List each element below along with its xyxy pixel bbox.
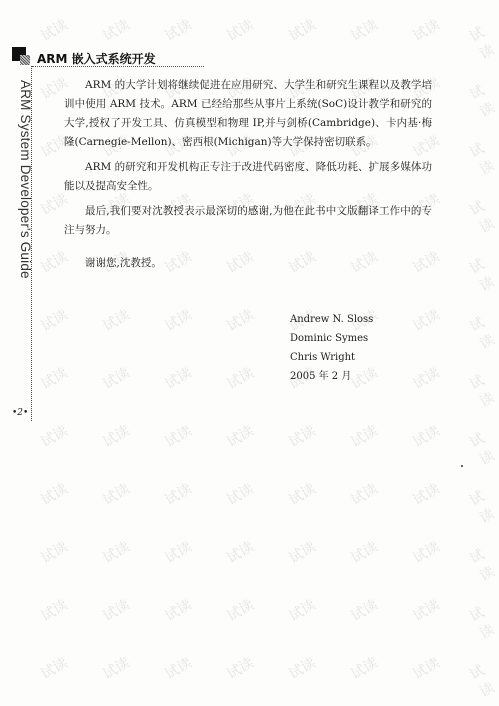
watermark-text: 试读 <box>466 190 499 237</box>
header-divider <box>32 66 204 67</box>
signature-block: Andrew N. Sloss Dominic Symes Chris Wrig… <box>290 310 373 386</box>
watermark-text: 试读 <box>409 652 443 683</box>
watermark-text: 试读 <box>466 596 499 643</box>
watermark-text: 试读 <box>99 14 133 45</box>
watermark-text: 试读 <box>466 422 499 469</box>
watermark-text: 试读 <box>223 420 257 451</box>
watermark-text: 试读 <box>161 420 195 451</box>
watermark-text: 试读 <box>466 132 499 179</box>
watermark-text: 试读 <box>409 14 443 45</box>
watermark-text: 试读 <box>409 304 443 335</box>
watermark-text: 试读 <box>99 420 133 451</box>
watermark-text: 试读 <box>223 536 257 567</box>
watermark-text: 试读 <box>37 478 71 509</box>
watermark-text: 试读 <box>466 74 499 121</box>
watermark-text: 试读 <box>223 362 257 393</box>
paragraph: 最后,我们要对沈教授表示最深切的感谢,为他在此书中文版翻译工作中的专注与努力。 <box>64 202 432 240</box>
watermark-text: 试读 <box>466 538 499 585</box>
watermark-text: 试读 <box>161 594 195 625</box>
watermark-text: 试读 <box>37 594 71 625</box>
watermark-text: 试读 <box>347 594 381 625</box>
watermark-text: 试读 <box>409 362 443 393</box>
watermark-text: 试读 <box>409 594 443 625</box>
watermark-text: 试读 <box>285 594 319 625</box>
watermark-text: 试读 <box>161 14 195 45</box>
watermark-text: 试读 <box>223 14 257 45</box>
watermark-text: 试读 <box>347 536 381 567</box>
preface-body: ARM 的大学计划将继续促进在应用研究、大学生和研究生课程以及教学培训中使用 A… <box>64 76 432 279</box>
watermark-text: 试读 <box>466 654 499 701</box>
spine-book-title: ARM System Developer's Guide <box>18 80 33 279</box>
watermark-text: 试读 <box>99 304 133 335</box>
watermark-text: 试读 <box>99 594 133 625</box>
watermark-text: 试读 <box>285 652 319 683</box>
watermark-text: 试读 <box>37 420 71 451</box>
watermark-text: 试读 <box>161 536 195 567</box>
author-name: Andrew N. Sloss <box>290 310 373 329</box>
watermark-text: 试读 <box>99 478 133 509</box>
watermark-text: 试读 <box>161 304 195 335</box>
watermark-text: 试读 <box>347 420 381 451</box>
watermark-text: 试读 <box>161 362 195 393</box>
watermark-text: 试读 <box>285 478 319 509</box>
watermark-text: 试读 <box>161 478 195 509</box>
watermark-text: 试读 <box>99 536 133 567</box>
watermark-text: 试读 <box>466 248 499 295</box>
header-corner-pattern <box>20 55 30 65</box>
running-header-title: ARM 嵌入式系统开发 <box>37 50 156 67</box>
watermark-text: 试读 <box>466 480 499 527</box>
author-name: Dominic Symes <box>290 329 373 348</box>
watermark-text: 试读 <box>37 14 71 45</box>
watermark-text: 试读 <box>37 652 71 683</box>
page-number: •2• <box>12 408 28 418</box>
watermark-text: 试读 <box>223 594 257 625</box>
watermark-text: 试读 <box>347 652 381 683</box>
watermark-text: 试读 <box>466 16 499 63</box>
watermark-text: 试读 <box>99 652 133 683</box>
watermark-text: 试读 <box>161 652 195 683</box>
watermark-text: 试读 <box>409 536 443 567</box>
paragraph: ARM 的研究和开发机构正专注于改进代码密度、降低功耗、扩展多媒体功能以及提高安… <box>64 158 432 196</box>
scan-speck <box>461 465 463 467</box>
watermark-text: 试读 <box>223 304 257 335</box>
watermark-text: 试读 <box>347 14 381 45</box>
watermark-text: 试读 <box>347 478 381 509</box>
watermark-text: 试读 <box>223 478 257 509</box>
watermark-text: 试读 <box>285 420 319 451</box>
paragraph: ARM 的大学计划将继续促进在应用研究、大学生和研究生课程以及教学培训中使用 A… <box>64 76 432 152</box>
watermark-text: 试读 <box>285 14 319 45</box>
signature-date: 2005 年 2 月 <box>290 367 373 386</box>
watermark-text: 试读 <box>37 304 71 335</box>
watermark-text: 试读 <box>37 536 71 567</box>
watermark-text: 试读 <box>285 536 319 567</box>
watermark-text: 试读 <box>466 364 499 411</box>
author-name: Chris Wright <box>290 348 373 367</box>
watermark-text: 试读 <box>466 306 499 353</box>
watermark-text: 试读 <box>37 362 71 393</box>
watermark-text: 试读 <box>99 362 133 393</box>
watermark-text: 试读 <box>223 652 257 683</box>
watermark-text: 试读 <box>409 478 443 509</box>
watermark-text: 试读 <box>409 420 443 451</box>
paragraph-thanks: 谢谢您,沈教授。 <box>64 254 432 273</box>
